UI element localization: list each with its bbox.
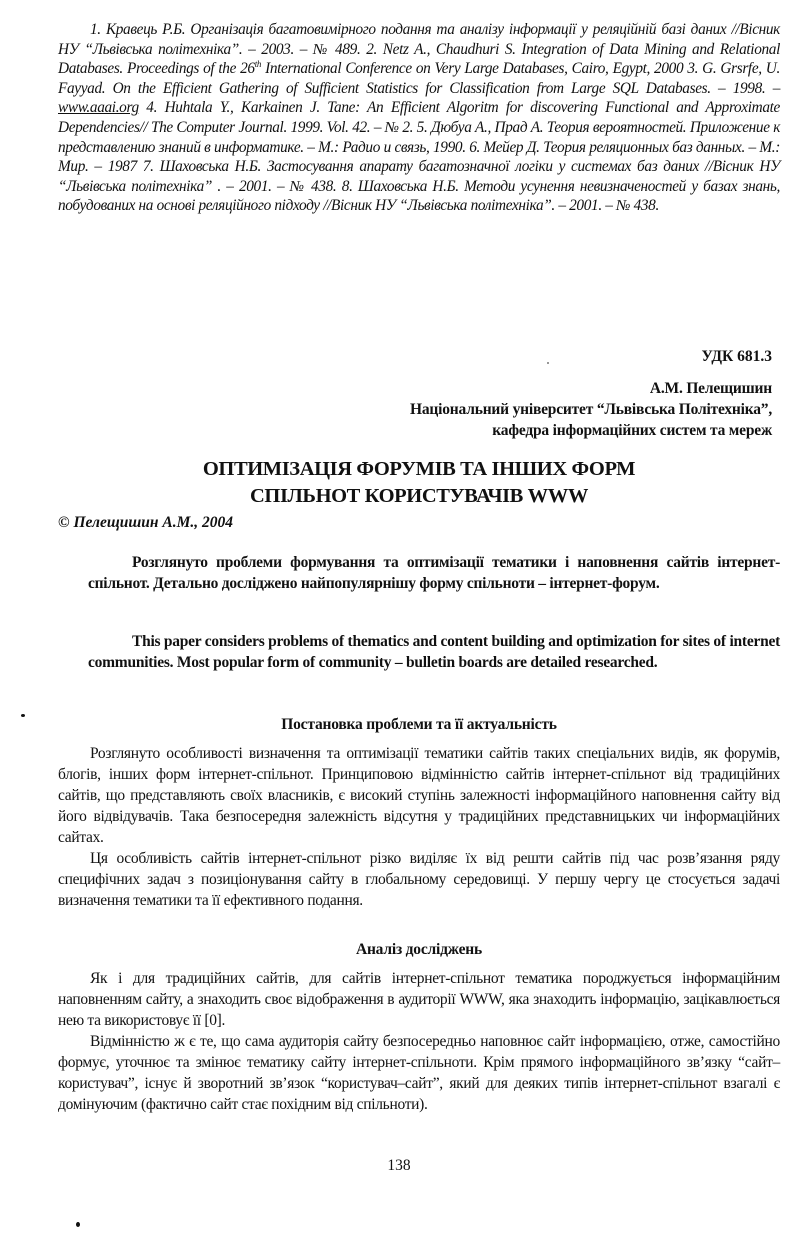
paragraph: Як і для традиційних сайтів, для сайтів … <box>58 968 780 1031</box>
udk-code: УДК 681.3 <box>702 348 772 366</box>
section-heading-problem: Постановка проблеми та її актуальність <box>58 716 780 734</box>
scan-speck <box>547 362 549 364</box>
reference-link-aaai[interactable]: www.aaai.org <box>58 99 139 116</box>
abstract-ukrainian-text: Розглянуто проблеми формування та оптимі… <box>88 552 780 594</box>
affiliation-line-2: кафедра інформаційних систем та мереж <box>272 420 772 441</box>
paper-title-line-2: СПІЛЬНОТ КОРИСТУВАЧІВ WWW <box>58 483 780 510</box>
section-body-problem: Розглянуто особливості визначення та опт… <box>58 743 780 911</box>
copyright-notice: © Пелещишин А.М., 2004 <box>58 514 233 532</box>
paragraph: Розглянуто особливості визначення та опт… <box>58 743 780 848</box>
references-paragraph: 1. Кравець Р.Б. Організація багатовимірн… <box>58 20 780 216</box>
paper-title-line-1: ОПТИМІЗАЦІЯ ФОРУМІВ ТА ІНШИХ ФОРМ <box>58 456 780 483</box>
scan-mark <box>21 714 25 717</box>
scan-mark <box>76 1222 80 1227</box>
author-name: А.М. Пелещишин <box>272 378 772 399</box>
references-text-3: 4. Huhtala Y., Karkainen J. Tane: An Eff… <box>58 99 780 214</box>
paper-title: ОПТИМІЗАЦІЯ ФОРУМІВ ТА ІНШИХ ФОРМ СПІЛЬН… <box>58 456 780 510</box>
document-page: 1. Кравець Р.Б. Організація багатовимірн… <box>0 0 798 1240</box>
references-list: 1. Кравець Р.Б. Організація багатовимірн… <box>58 20 780 216</box>
author-block: А.М. Пелещишин Національний університет … <box>272 378 772 441</box>
abstract-ukrainian: Розглянуто проблеми формування та оптимі… <box>88 552 780 594</box>
paragraph: Відмінністю ж є те, що сама аудиторія са… <box>58 1031 780 1115</box>
paragraph: Ця особливість сайтів інтернет-спільнот … <box>58 848 780 911</box>
abstract-english: This paper considers problems of themati… <box>88 631 780 673</box>
affiliation-line-1: Національний університет “Львівська Полі… <box>272 399 772 420</box>
section-body-analysis: Як і для традиційних сайтів, для сайтів … <box>58 968 780 1115</box>
page-number: 138 <box>0 1157 798 1175</box>
section-heading-analysis: Аналіз досліджень <box>58 941 780 959</box>
abstract-english-text: This paper considers problems of themati… <box>88 631 780 673</box>
